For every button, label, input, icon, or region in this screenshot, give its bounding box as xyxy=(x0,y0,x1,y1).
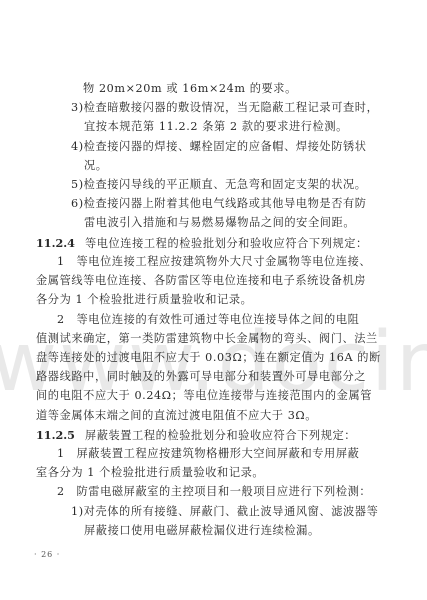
paragraph-2: 2 等电位连接的有效性可通过等电位连接导体之间的电阻 xyxy=(57,313,359,327)
list-item-6: 6)检查接闪器上附着其他电气线路或其他导电物是否有防 xyxy=(71,197,367,211)
text-line: 金属管线等电位连接、各防雷区等电位连接和电子系统设备机房 xyxy=(36,274,366,288)
list-item-1: 1)对壳体的所有接缝、屏蔽门、截止波导通风窗、滤波器等 xyxy=(71,505,378,519)
text-line: 值测试来确定，第一类防雷建筑物中长金属物的弯头、阀门、法兰 xyxy=(36,332,378,346)
text-line: 道等金属体末端之间的直流过渡电阻值不应大于 3Ω。 xyxy=(36,409,317,423)
list-item-4: 4)检查接闪器的焊接、螺栓固定的应备帽、焊接处防锈状 xyxy=(71,140,367,154)
text-line: 间的电阻不应大于 0.24Ω；等电位连接带与连接范围内的金属管 xyxy=(36,389,372,403)
clause-number: 11.2.4 xyxy=(36,236,75,250)
clause-11-2-4: 11.2.4等电位连接工程的检验批划分和验收应符合下列规定： xyxy=(36,236,368,251)
list-item-3: 3)检查暗敷接闪器的敷设情况，当无隐蔽工程记录可查时， xyxy=(71,101,378,115)
text-line: 各分为 1 个检验批进行质量验收和记录。 xyxy=(36,293,252,307)
paragraph-1: 1 等电位连接工程应按建筑物外大尺寸金属物等电位连接、 xyxy=(57,255,371,269)
text-line: 物 20m×20m 或 16m×24m 的要求。 xyxy=(83,82,297,96)
page-number: · 26 · xyxy=(34,550,60,559)
clause-number: 11.2.5 xyxy=(36,428,75,442)
text-line: 屏蔽接口使用电磁屏蔽检漏仪进行连续检漏。 xyxy=(84,524,320,538)
text-line: 盘等连接处的过渡电阻不应大于 0.03Ω；连在额定值为 16A 的断 xyxy=(36,351,381,365)
clause-title: 等电位连接工程的检验批划分和验收应符合下列规定： xyxy=(85,237,368,250)
paragraph-2: 2 防雷电磁屏蔽室的主控项目和一般项目应进行下列检测： xyxy=(57,485,371,499)
text-line: 室各分为 1 个检验批进行质量验收和记录。 xyxy=(36,466,264,480)
clause-11-2-5: 11.2.5屏蔽装置工程的检验批划分和验收应符合下列规定： xyxy=(36,428,356,443)
text-line: 宜按本规范第 11.2.2 条第 2 款的要求进行检测。 xyxy=(84,120,348,134)
clause-title: 屏蔽装置工程的检验批划分和验收应符合下列规定： xyxy=(85,429,356,442)
text-line: 雷电波引入措施和与易燃易爆物品之间的安全间距。 xyxy=(84,216,355,230)
list-item-5: 5)检查接闪导线的平正顺直、无急弯和固定支架的状况。 xyxy=(71,178,367,192)
text-line: 路器线路中，同时触及的外露可导电部分和装置外可导电部分之 xyxy=(36,370,366,384)
paragraph-1: 1 屏蔽装置工程应按建筑物格栅形大空间屏蔽和专用屏蔽 xyxy=(57,447,359,461)
text-line: 况。 xyxy=(84,159,108,173)
